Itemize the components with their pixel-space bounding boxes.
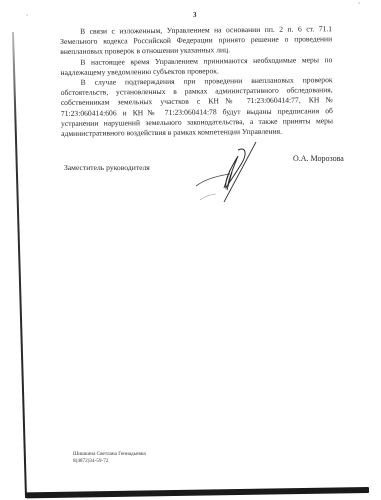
- handwritten-signature-icon: [194, 140, 278, 210]
- page-number: 3: [193, 11, 197, 19]
- scan-border-left: [12, 32, 27, 498]
- paragraph-outcome: В случае подтверждения при проведении вн…: [61, 75, 334, 139]
- scan-speck: [26, 14, 28, 16]
- scan-speck: [358, 2, 360, 4]
- letter-body: В связи с изложенным, Управлением на осн…: [60, 24, 333, 139]
- signatory-title: Заместитель руководителя: [64, 163, 150, 172]
- scan-border-bottom: [26, 487, 369, 498]
- paragraph-notification: В настоящее время Управлением принимаютс…: [60, 55, 332, 78]
- executor-footer: Шишкина Светлана Геннадьевна 8(4872)34-5…: [73, 451, 146, 465]
- paragraph-decision: В связи с изложенным, Управлением на осн…: [60, 24, 332, 57]
- executor-phone: 8(4872)34-59-72: [73, 458, 146, 465]
- signatory-name: О.А. Морозова: [293, 154, 344, 163]
- scanned-page: 3 В связи с изложенным, Управлением на о…: [0, 0, 381, 500]
- executor-name: Шишкина Светлана Геннадьевна: [73, 451, 146, 458]
